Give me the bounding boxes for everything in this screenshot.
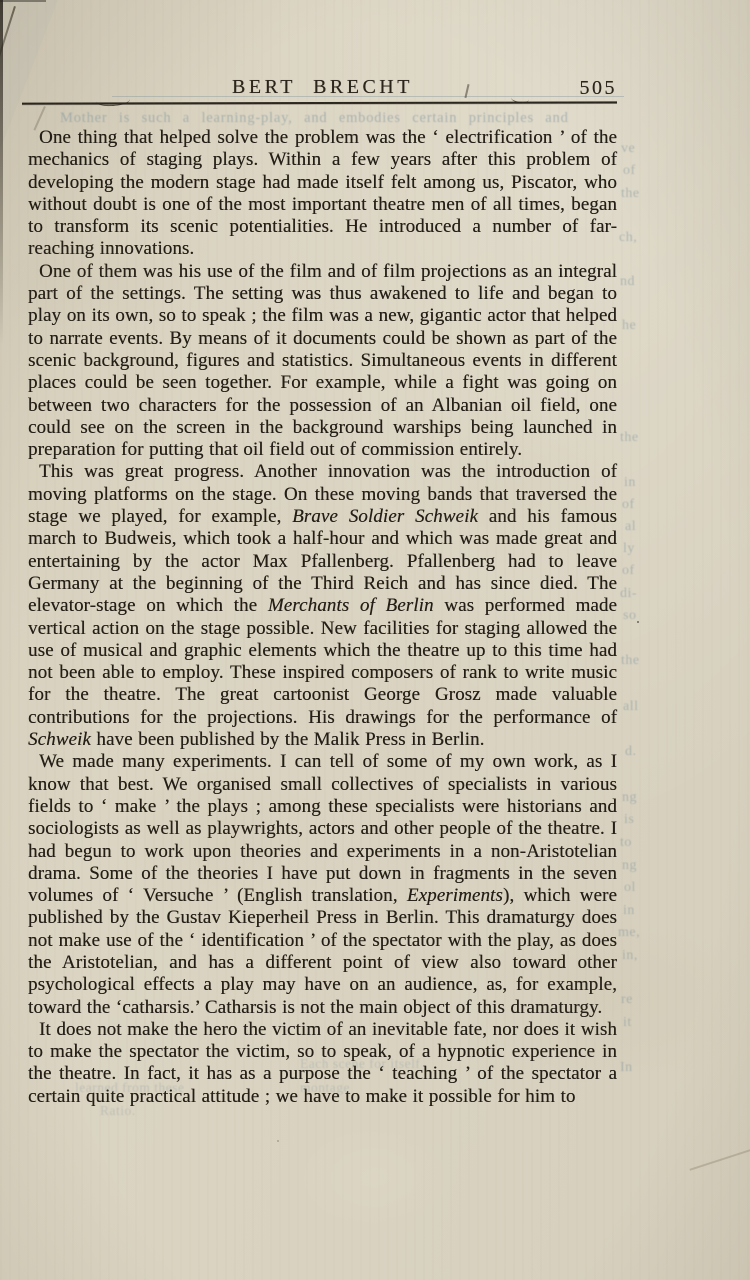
body-text: One of them was his use of the film and … xyxy=(28,261,617,460)
bleed-through-fragment: the xyxy=(621,653,640,669)
italic-title-text: Experiments xyxy=(407,885,503,906)
scan-edge-shadow xyxy=(0,0,3,345)
bleed-through-fragment: ly xyxy=(623,541,635,557)
bleed-through-fragment: it xyxy=(623,1015,632,1031)
bleed-through-fragment: ch, xyxy=(619,230,637,246)
bleed-through-fragment: is xyxy=(624,812,634,828)
bleed-through-fragment: so xyxy=(623,608,636,624)
bleed-through-fragment: learned from these xyxy=(75,1080,184,1096)
body-text: One thing that helped solve the problem … xyxy=(28,127,617,259)
bleed-through-fragment: al xyxy=(625,519,636,535)
body-text: have been published by the Malik Press i… xyxy=(91,729,485,750)
italic-title-text: Schweik xyxy=(28,729,91,750)
bleed-through-fragment: Ratio. xyxy=(100,1103,136,1119)
bleed-through-header-line: Mother is such a learning-play, and embo… xyxy=(60,110,645,127)
bleed-through-fragment: the xyxy=(620,430,639,446)
paper-speck xyxy=(277,1140,279,1142)
bleed-through-fragment: he xyxy=(622,318,636,334)
bleed-through-fragment: re xyxy=(621,992,633,1008)
bleed-through-fragment: of xyxy=(623,163,636,179)
italic-title-text: Brave Soldier Schweik xyxy=(292,506,478,527)
paragraph: One thing that helped solve the problem … xyxy=(28,127,617,261)
bleed-through-fragment: of xyxy=(622,497,635,513)
paper-speck xyxy=(637,621,639,623)
bleed-through-fragment: ol xyxy=(624,880,636,896)
bleed-through-fragment: in xyxy=(624,475,636,491)
bleed-through-fragment: montage xyxy=(300,1080,350,1096)
bleed-through-fragment: ve xyxy=(621,141,635,157)
bleed-through-fragment: in, xyxy=(622,948,638,964)
bleed-through-fragment: d. xyxy=(625,744,637,760)
page-number: 505 xyxy=(580,78,618,99)
bleed-through-fragment: nd xyxy=(620,274,635,290)
bleed-through-fragment: ng xyxy=(622,790,637,806)
corner-curl-shadow xyxy=(689,1147,750,1170)
bleed-through-fragment: me, xyxy=(618,925,640,941)
scanned-book-page: Mother is such a learning-play, and embo… xyxy=(0,0,750,1280)
bleed-through-fragment: in xyxy=(623,903,635,919)
paragraph: One of them was his use of the film and … xyxy=(28,261,617,462)
bleed-through-fragment: all xyxy=(623,699,639,715)
bleed-through-fragment: In xyxy=(620,1060,633,1076)
bleed-through-fragment: the xyxy=(621,186,640,202)
body-text: We made many experiments. I can tell of … xyxy=(28,751,617,906)
bleed-through-fragment: ng xyxy=(622,858,637,874)
paper-speck xyxy=(92,247,94,249)
paragraph: We made many experiments. I can tell of … xyxy=(28,751,617,1019)
page-body: One thing that helped solve the problem … xyxy=(28,127,617,1108)
bleed-through-fragment: to xyxy=(620,835,632,851)
bleed-through-fragment: of xyxy=(622,563,635,579)
scan-edge-shadow-top xyxy=(0,0,46,2)
paragraph: This was great progress. Another innovat… xyxy=(28,461,617,751)
bleed-through-fragment: Each scene for itself xyxy=(300,1056,420,1072)
bleed-through-fragment: di- xyxy=(620,586,637,602)
italic-title-text: Merchants of Berlin xyxy=(268,595,434,616)
